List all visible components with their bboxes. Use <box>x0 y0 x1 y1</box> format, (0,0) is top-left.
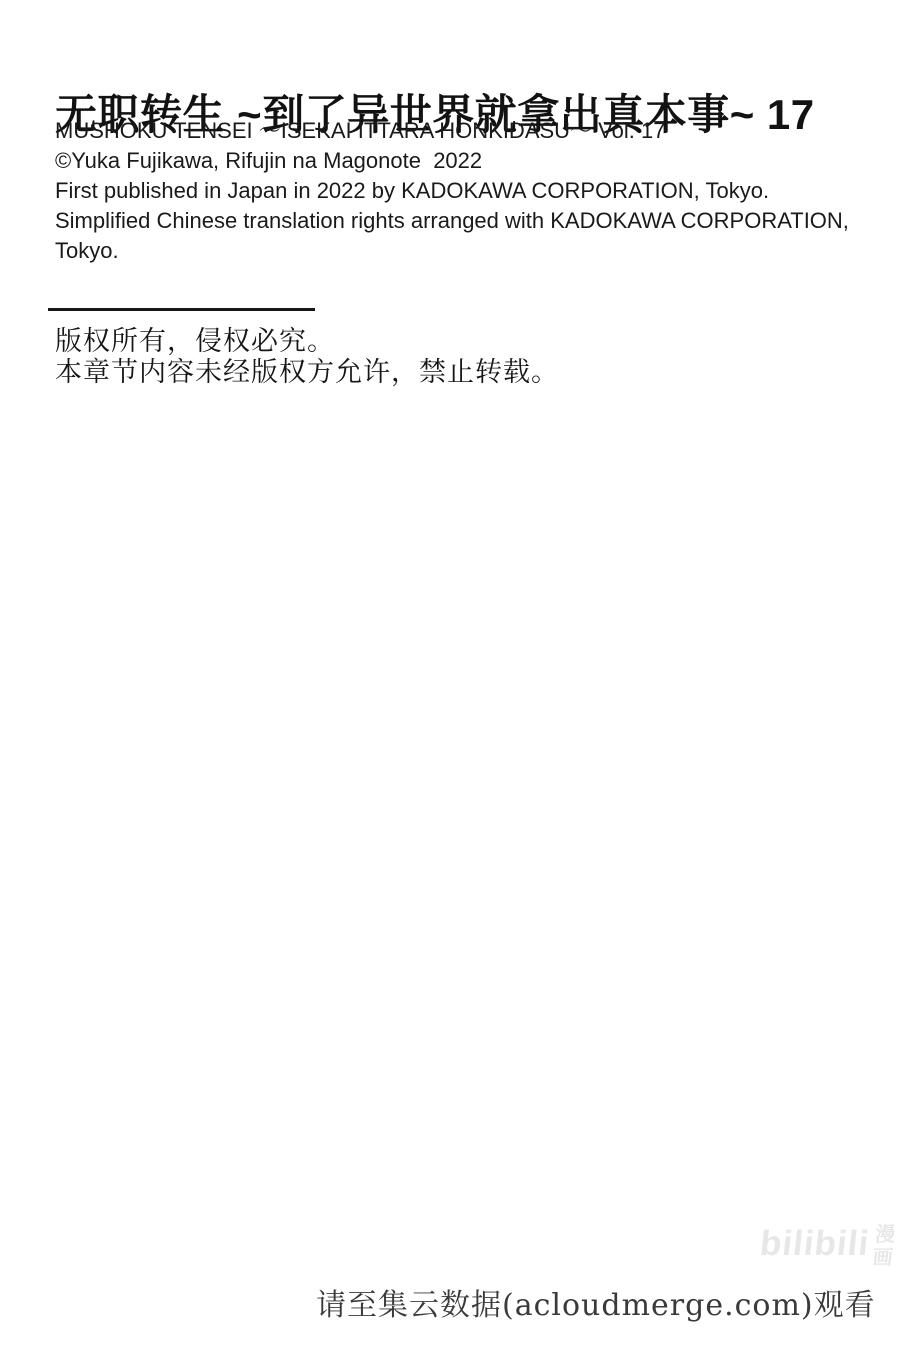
source-watermark-text: 请至集云数据(acloudmerge.com)观看 <box>316 1288 876 1324</box>
divider-line <box>48 308 315 311</box>
manga-colophon-page: 无职转生 ~到了异世界就拿出真本事~ 17 MUSHOKU TENSEI ～IS… <box>0 0 900 1350</box>
publication-info-line: Tokyo. <box>55 236 849 266</box>
publication-info-line: MUSHOKU TENSEI ～ISEKAI ITTARA HONKIDASU～… <box>55 116 849 146</box>
rights-notice-line: 本章节内容未经版权方允许，禁止转载。 <box>55 357 559 388</box>
bilibili-manga-watermark: bilibili 漫 画 <box>757 1220 896 1270</box>
publication-info-line: First published in Japan in 2022 by KADO… <box>55 176 849 206</box>
rights-notice: 版权所有，侵权必究。 本章节内容未经版权方允许，禁止转载。 <box>55 326 559 388</box>
bilibili-logo: bilibili <box>758 1220 872 1268</box>
publication-info-line: ©Yuka Fujikawa, Rifujin na Magonote 2022 <box>55 146 849 176</box>
manga-label-char: 漫 <box>874 1224 896 1247</box>
rights-notice-line: 版权所有，侵权必究。 <box>55 326 559 357</box>
manga-label-char: 画 <box>871 1247 893 1270</box>
manga-label: 漫 画 <box>871 1224 896 1270</box>
publication-info: MUSHOKU TENSEI ～ISEKAI ITTARA HONKIDASU～… <box>55 116 849 266</box>
publication-info-line: Simplified Chinese translation rights ar… <box>55 206 849 236</box>
